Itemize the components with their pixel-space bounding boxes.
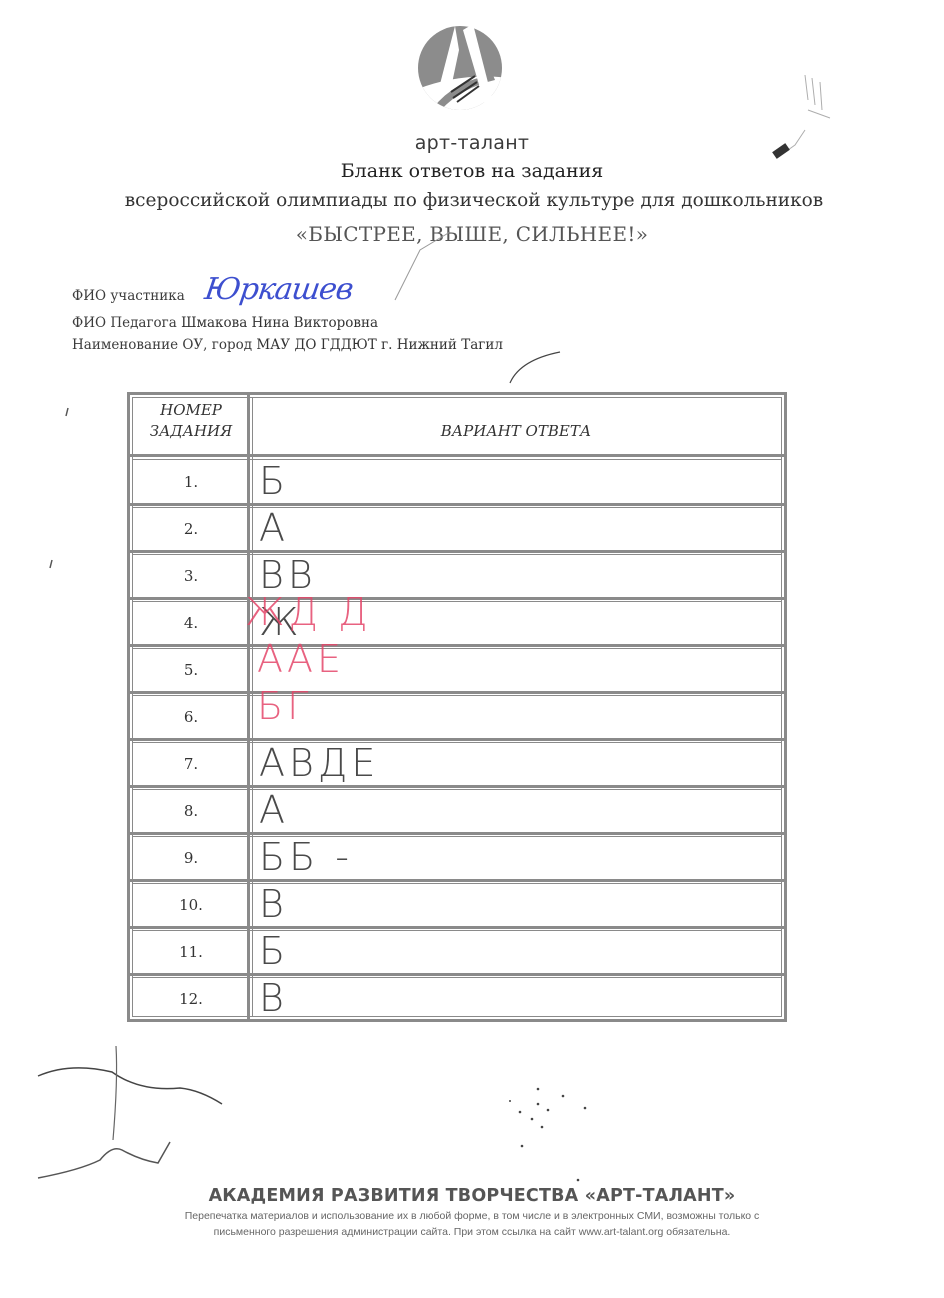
answer-handwritten: В (259, 885, 288, 923)
answer-correction-red: ААЕ (257, 640, 345, 678)
answer-handwritten: АВДЕ (259, 744, 379, 782)
task-number: 4. (135, 614, 247, 632)
table-rule (127, 738, 787, 741)
table-rule (127, 879, 787, 882)
footer-copyright-line1: Перепечатка материалов и использование и… (0, 1210, 944, 1222)
table-rule (132, 397, 782, 398)
table-rule (127, 392, 787, 395)
table-rule (781, 397, 782, 1017)
table-rule (127, 926, 787, 929)
answer-handwritten: ВВ (259, 556, 317, 594)
table-rule (132, 883, 782, 884)
answer-handwritten: В (259, 979, 288, 1017)
answer-handwritten: А (259, 509, 289, 547)
table-rule (252, 397, 253, 1017)
school-value: МАУ ДО ГДДЮТ г. Нижний Тагил (256, 337, 503, 353)
answer-table: НОМЕР ЗАДАНИЯ ВАРИАНТ ОТВЕТА 1.Б2.А3.ВВ4… (127, 392, 787, 1022)
school-field: Наименование ОУ, город МАУ ДО ГДДЮТ г. Н… (72, 337, 503, 353)
table-rule (127, 454, 787, 457)
table-rule (132, 836, 782, 837)
column-header-answer: ВАРИАНТ ОТВЕТА (251, 422, 781, 440)
task-number: 3. (135, 567, 247, 585)
answer-correction-red: БГ (257, 687, 312, 725)
answer-handwritten: Б (259, 932, 289, 970)
table-rule (127, 550, 787, 553)
table-rule (127, 644, 787, 647)
table-rule (132, 507, 782, 508)
table-rule (132, 648, 782, 649)
column-header-number-line2: ЗАДАНИЯ (135, 421, 247, 442)
table-rule (127, 973, 787, 976)
footer-academy-title: АКАДЕМИЯ РАЗВИТИЯ ТВОРЧЕСТВА «АРТ-ТАЛАНТ… (0, 1186, 944, 1206)
footer-copyright-line2: письменного разрешения администрации сай… (0, 1226, 944, 1238)
participant-field: ФИО участника (72, 288, 185, 304)
table-rule (132, 601, 782, 602)
teacher-label: ФИО Педагога (72, 315, 177, 331)
table-rule (127, 691, 787, 694)
table-rule (132, 930, 782, 931)
brand-name: арт-талант (0, 132, 944, 154)
table-rule (132, 459, 782, 460)
task-number: 9. (135, 849, 247, 867)
table-rule (127, 832, 787, 835)
answer-handwritten: Б (259, 462, 289, 500)
table-rule (127, 785, 787, 788)
table-rule (132, 695, 782, 696)
table-rule (132, 1016, 782, 1017)
table-rule (132, 554, 782, 555)
task-number: 12. (135, 990, 247, 1008)
teacher-field: ФИО Педагога Шмакова Нина Викторовна (72, 315, 378, 331)
table-rule (132, 789, 782, 790)
table-rule (132, 397, 133, 1017)
task-number: 6. (135, 708, 247, 726)
answer-correction-red: ЖД Д (245, 593, 372, 631)
table-rule (127, 1019, 787, 1022)
task-number: 8. (135, 802, 247, 820)
form-title: Бланк ответов на задания (0, 160, 944, 182)
table-rule (132, 742, 782, 743)
art-talant-logo-icon (415, 20, 505, 120)
olympiad-subtitle: всероссийской олимпиады по физической ку… (0, 190, 944, 211)
answer-handwritten: ББ - (259, 838, 353, 876)
task-number: 1. (135, 473, 247, 491)
table-rule (127, 597, 787, 600)
participant-label: ФИО участника (72, 288, 185, 304)
answer-handwritten: А (259, 791, 289, 829)
task-number: 11. (135, 943, 247, 961)
olympiad-motto: «БЫСТРЕЕ, ВЫШЕ, СИЛЬНЕЕ!» (0, 222, 944, 246)
task-number: 5. (135, 661, 247, 679)
task-number: 2. (135, 520, 247, 538)
table-rule (127, 503, 787, 506)
school-label: Наименование ОУ, город (72, 337, 252, 353)
participant-name-handwritten: Юркашев (203, 272, 355, 307)
column-header-number: НОМЕР ЗАДАНИЯ (135, 400, 247, 442)
column-header-number-line1: НОМЕР (135, 400, 247, 421)
task-number: 10. (135, 896, 247, 914)
task-number: 7. (135, 755, 247, 773)
table-rule (132, 977, 782, 978)
teacher-value: Шмакова Нина Викторовна (181, 315, 378, 331)
